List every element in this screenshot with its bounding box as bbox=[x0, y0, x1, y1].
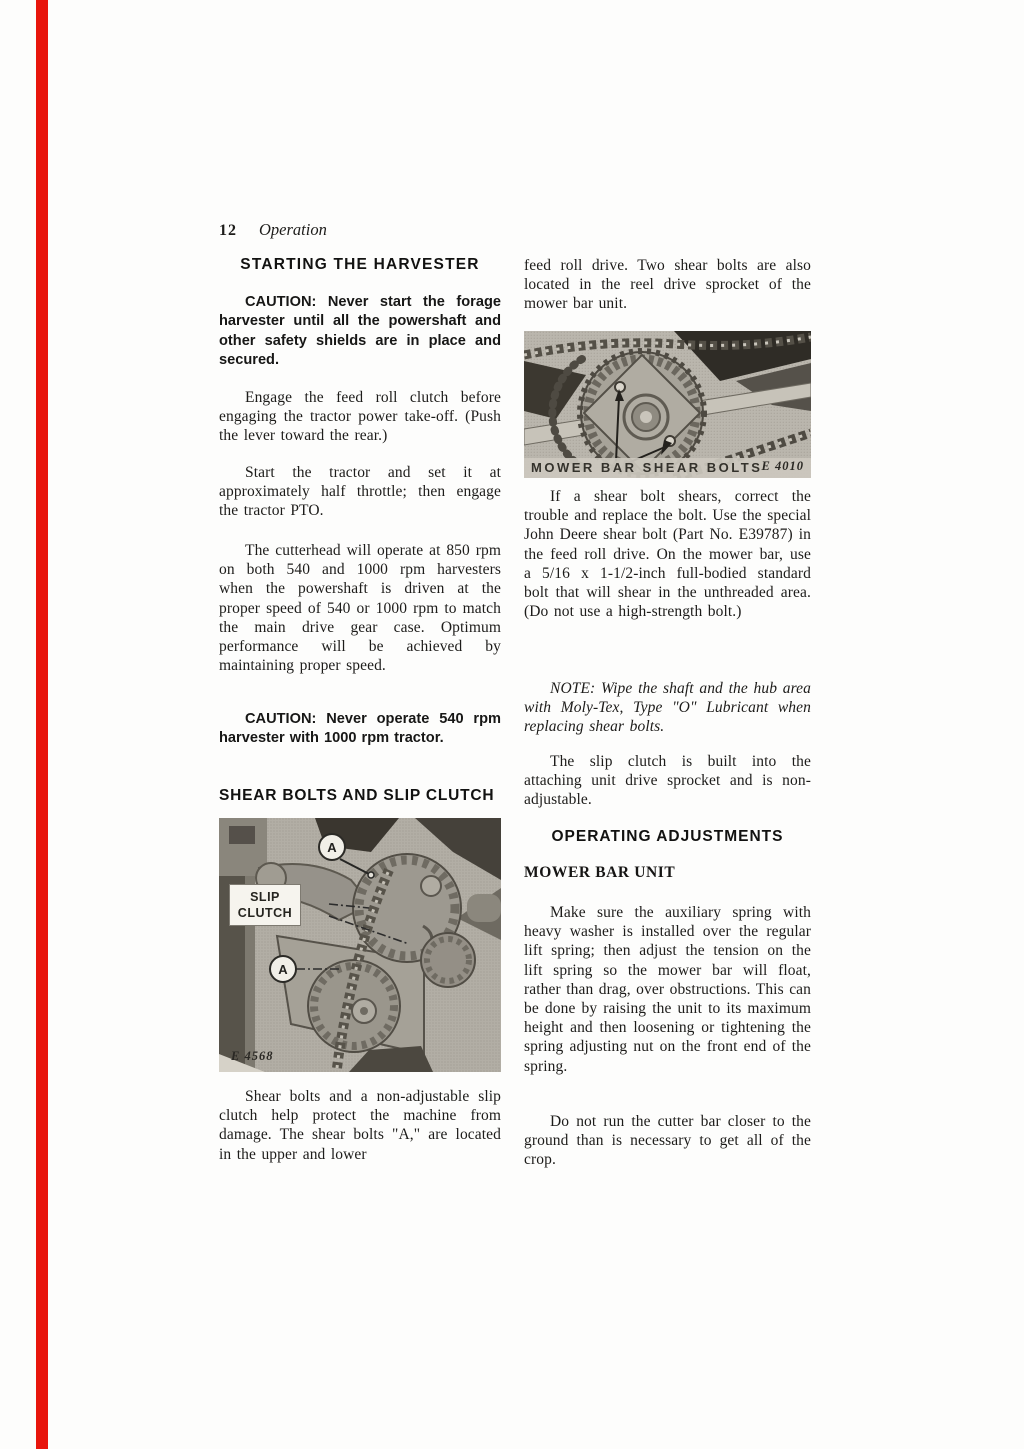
slip-clutch-label: SLIP CLUTCH bbox=[229, 884, 301, 926]
note-moly-tex: NOTE: Wipe the shaft and the hub area wi… bbox=[524, 679, 811, 737]
caution-start-forage-harvester: CAUTION: Never start the forage harveste… bbox=[219, 293, 501, 371]
figure-code-e4010: E 4010 bbox=[762, 459, 804, 474]
caution-never-operate-540: CAUTION: Never operate 540 rpm harvester… bbox=[219, 710, 501, 749]
machinery-photo-art bbox=[219, 818, 501, 1072]
manual-page: 12Operation STARTING THE HARVESTER CAUTI… bbox=[0, 0, 1024, 1449]
para-auxiliary-spring: Make sure the auxiliary spring with heav… bbox=[524, 903, 811, 1076]
para-shear-bolts-protect: Shear bolts and a non-adjustable slip cl… bbox=[219, 1087, 501, 1164]
figure-mower-bar-photo: MOWER BAR SHEAR BOLTS E 4010 bbox=[524, 331, 811, 478]
sprocket-photo-art bbox=[524, 331, 811, 478]
para-cutterhead-speed: The cutterhead will operate at 850 rpm o… bbox=[219, 541, 501, 675]
page-edge-red-strip bbox=[36, 0, 48, 1449]
para-cutter-bar-ground: Do not run the cutter bar closer to the … bbox=[524, 1112, 811, 1170]
para-engage-feed-roll-clutch: Engage the feed roll clutch before engag… bbox=[219, 388, 501, 446]
mower-bar-shear-bolts-label: MOWER BAR SHEAR BOLTS bbox=[531, 460, 762, 475]
callout-a-upper: A bbox=[318, 833, 346, 861]
heading-starting-the-harvester: STARTING THE HARVESTER bbox=[219, 256, 501, 274]
heading-operating-adjustments: OPERATING ADJUSTMENTS bbox=[524, 828, 811, 846]
page-number: 12 bbox=[219, 222, 237, 239]
para-slip-clutch-built-in: The slip clutch is built into the attach… bbox=[524, 752, 811, 810]
para-start-tractor: Start the tractor and set it at approxim… bbox=[219, 463, 501, 521]
figure-slip-clutch-photo: SLIP CLUTCH A A E 4568 bbox=[219, 818, 501, 1072]
subheading-mower-bar-unit: MOWER BAR UNIT bbox=[524, 864, 811, 882]
heading-shear-bolts-slip-clutch: SHEAR BOLTS AND SLIP CLUTCH bbox=[219, 787, 501, 805]
para-shear-bolt-shears: If a shear bolt shears, correct the trou… bbox=[524, 487, 811, 621]
para-feed-roll-drive: feed roll drive. Two shear bolts are als… bbox=[524, 256, 811, 314]
section-title: Operation bbox=[259, 220, 327, 239]
figure-code-e4568: E 4568 bbox=[231, 1049, 273, 1064]
page-header: 12Operation bbox=[219, 220, 501, 240]
callout-a-lower: A bbox=[269, 955, 297, 983]
